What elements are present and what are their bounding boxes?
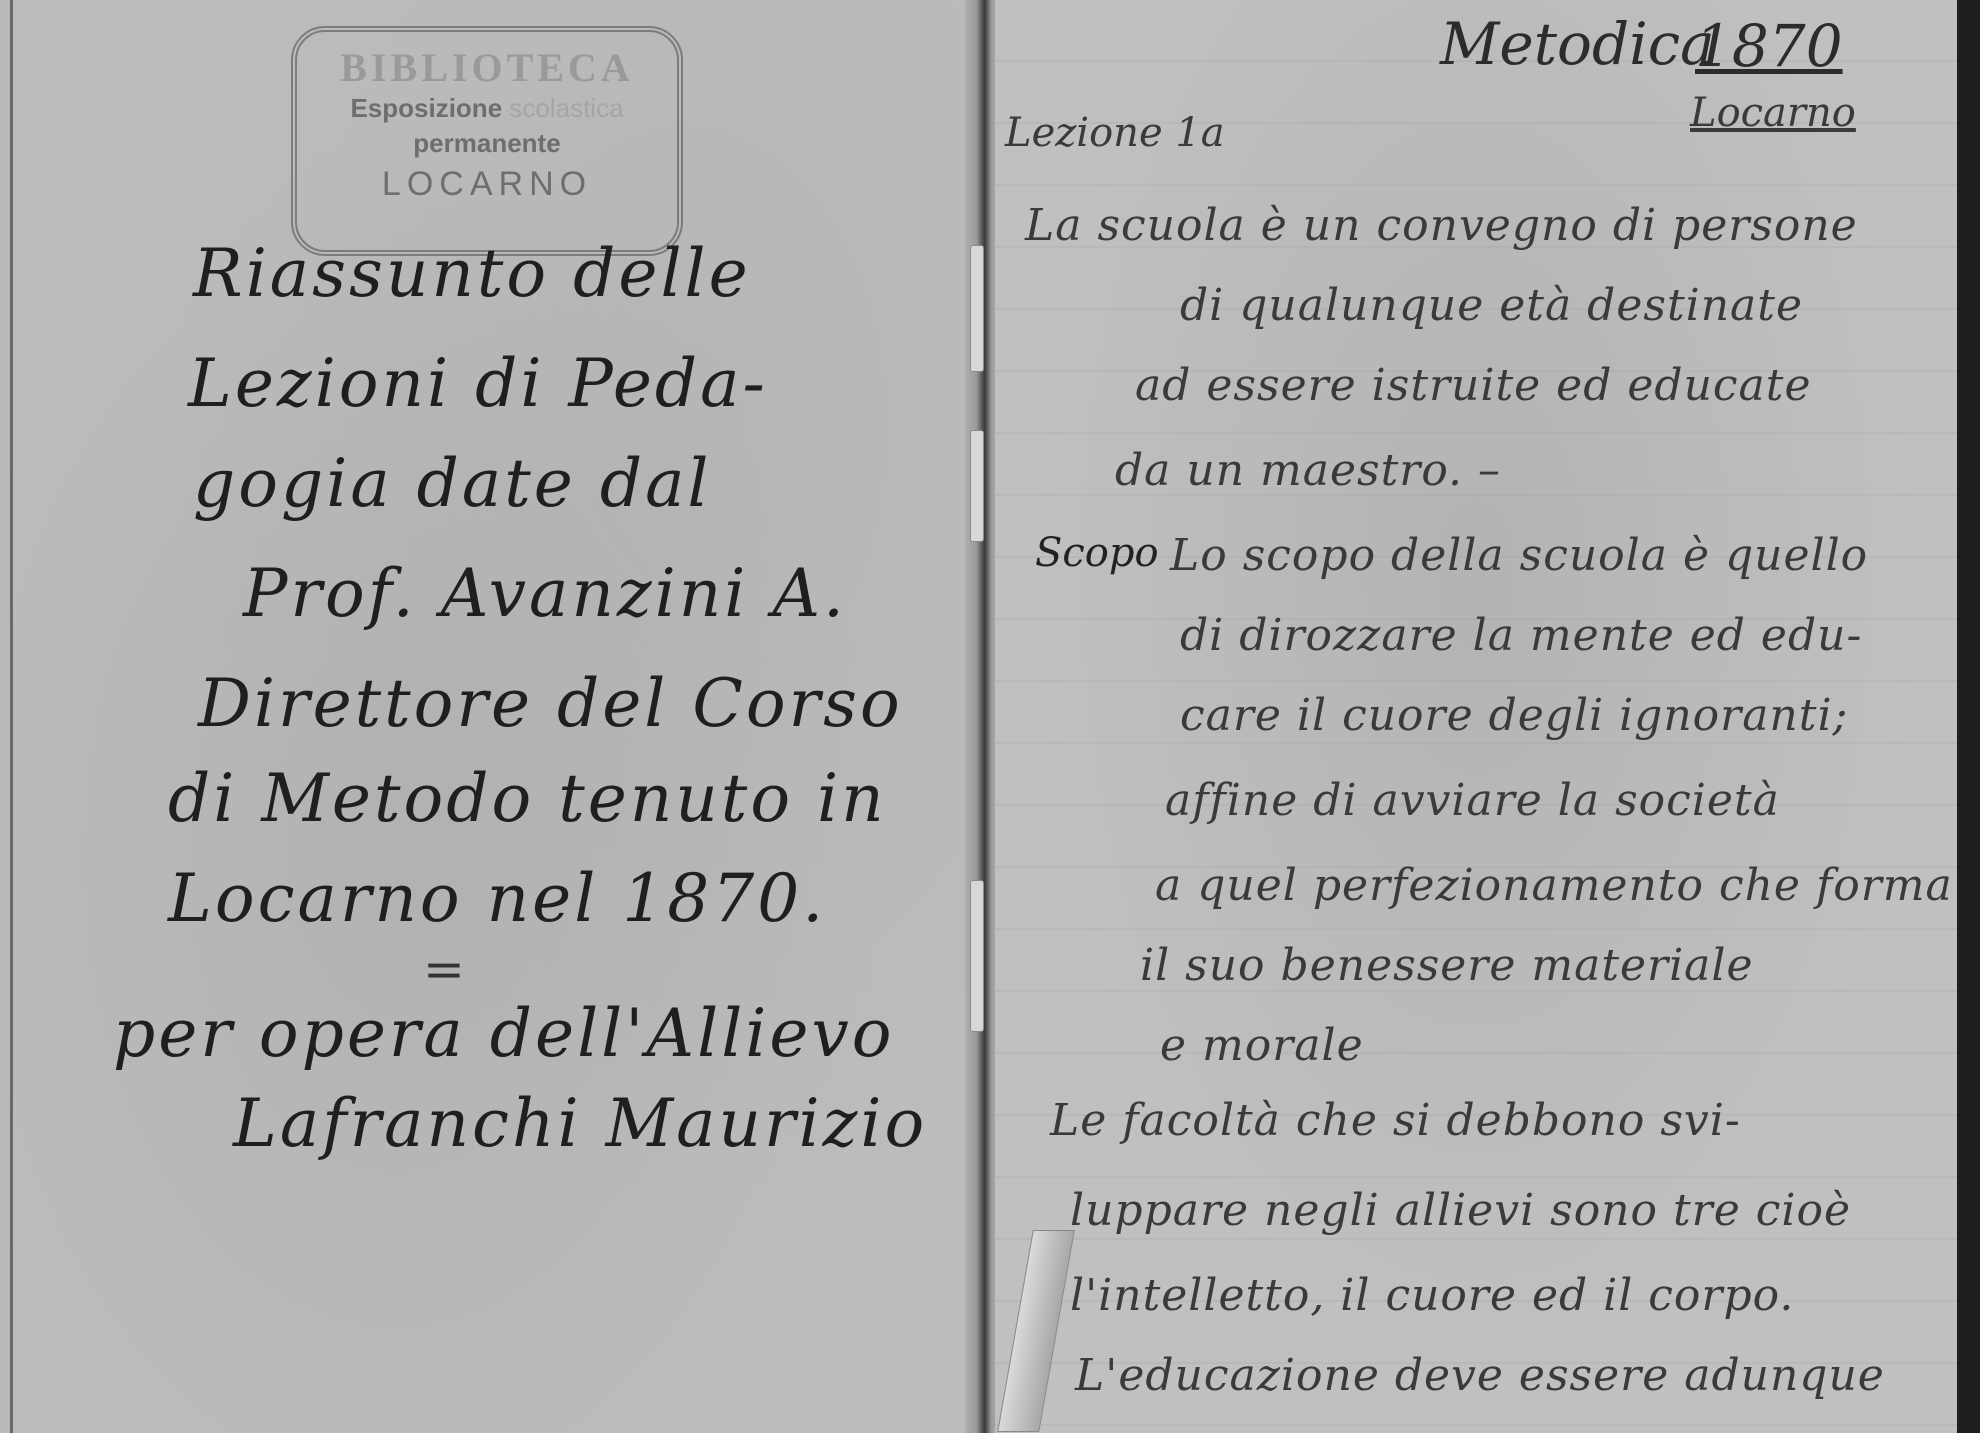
place-name: Locarno <box>1690 90 1856 136</box>
stamp-line-4: LOCARNO <box>297 165 677 204</box>
binding-stitch <box>970 245 984 372</box>
right-line-12: Le facoltà che si debbono svi- <box>1050 1095 1741 1146</box>
right-line-4: da un maestro. – <box>1115 445 1501 496</box>
stamp-line-2-faded: scolastica <box>509 93 623 123</box>
right-line-1: La scuola è un convegno di persone <box>1025 200 1858 251</box>
right-line-5: Lo scopo della scuola è quello <box>1170 530 1868 581</box>
binding-stitch <box>970 430 984 542</box>
left-line-6: di Metodo tenuto in <box>168 760 887 837</box>
right-line-15: L'educazione deve essere adunque <box>1075 1350 1885 1401</box>
left-line-7: Locarno nel 1870. <box>168 860 826 937</box>
left-line-8: per opera dell'Allievo <box>113 995 895 1072</box>
right-line-7: care il cuore degli ignoranti; <box>1180 690 1848 741</box>
stamp-line-3: permanente <box>297 128 677 159</box>
page-title: Metodica <box>1440 10 1715 78</box>
margin-note-scope: Scopo <box>1035 530 1159 576</box>
right-line-3: ad essere istruite ed educate <box>1135 360 1812 411</box>
stamp-line-1: BIBLIOTECA <box>297 44 677 91</box>
right-line-11: e morale <box>1160 1020 1364 1071</box>
left-line-4: Prof. Avanzini A. <box>243 555 847 632</box>
stamp-line-2: Esposizione scolastica <box>297 93 677 124</box>
separator-mark: = <box>423 940 465 998</box>
right-line-13: luppare negli allievi sono tre cioè <box>1070 1185 1851 1236</box>
left-line-3: gogia date dal <box>193 445 712 522</box>
left-line-2: Lezioni di Peda- <box>188 345 768 422</box>
library-stamp: BIBLIOTECA Esposizione scolastica perman… <box>291 26 683 256</box>
right-line-2: di qualunque età destinate <box>1180 280 1803 331</box>
right-line-14: l'intelletto, il cuore ed il corpo. <box>1070 1270 1794 1321</box>
right-line-6: di dirozzare la mente ed edu- <box>1180 610 1862 661</box>
notebook-spread: BIBLIOTECA Esposizione scolastica perman… <box>0 0 1968 1433</box>
title-year: 1870 <box>1695 12 1843 80</box>
lesson-heading: Lezione 1a <box>1005 110 1225 156</box>
binding-stitch <box>970 880 984 1032</box>
right-page: Metodica 1870 Locarno Lezione 1a La scuo… <box>995 0 1957 1433</box>
scan-edge <box>1957 0 1980 1433</box>
right-line-10: il suo benessere materiale <box>1140 940 1754 991</box>
right-line-9: a quel perfezionamento che forma <box>1155 860 1953 911</box>
stamp-line-2-text: Esposizione <box>350 93 502 123</box>
left-line-1: Riassunto delle <box>193 235 751 312</box>
right-line-8: affine di avviare la società <box>1165 775 1780 826</box>
left-line-9: Lafranchi Maurizio <box>233 1085 927 1162</box>
left-line-5: Direttore del Corso <box>198 665 903 742</box>
left-page: BIBLIOTECA Esposizione scolastica perman… <box>10 0 973 1433</box>
